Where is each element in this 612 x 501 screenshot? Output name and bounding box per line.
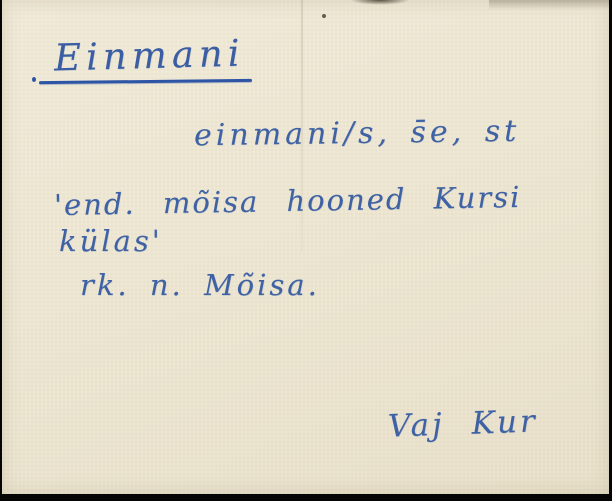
- inflection-line: einmani/s, s̄e, st: [194, 114, 521, 154]
- scan-background: Einmani einmani/s, s̄e, st 'end. mõisa h…: [0, 0, 612, 501]
- index-card: Einmani einmani/s, s̄e, st 'end. mõisa h…: [2, 0, 609, 494]
- title-underline: [39, 79, 252, 84]
- description-line-2: külas': [59, 224, 163, 258]
- scan-edge-shadow: [489, 0, 609, 10]
- ink-speck: [322, 14, 326, 18]
- card-title: Einmani: [53, 32, 245, 80]
- underline-dot: [32, 77, 36, 82]
- description-line-1: 'end. mõisa hooned Kursi: [54, 180, 522, 222]
- signature: Vaj Kur: [387, 403, 538, 444]
- scan-smudge: [350, 0, 410, 5]
- folk-name-line: rk. n. Mõisa.: [80, 268, 320, 302]
